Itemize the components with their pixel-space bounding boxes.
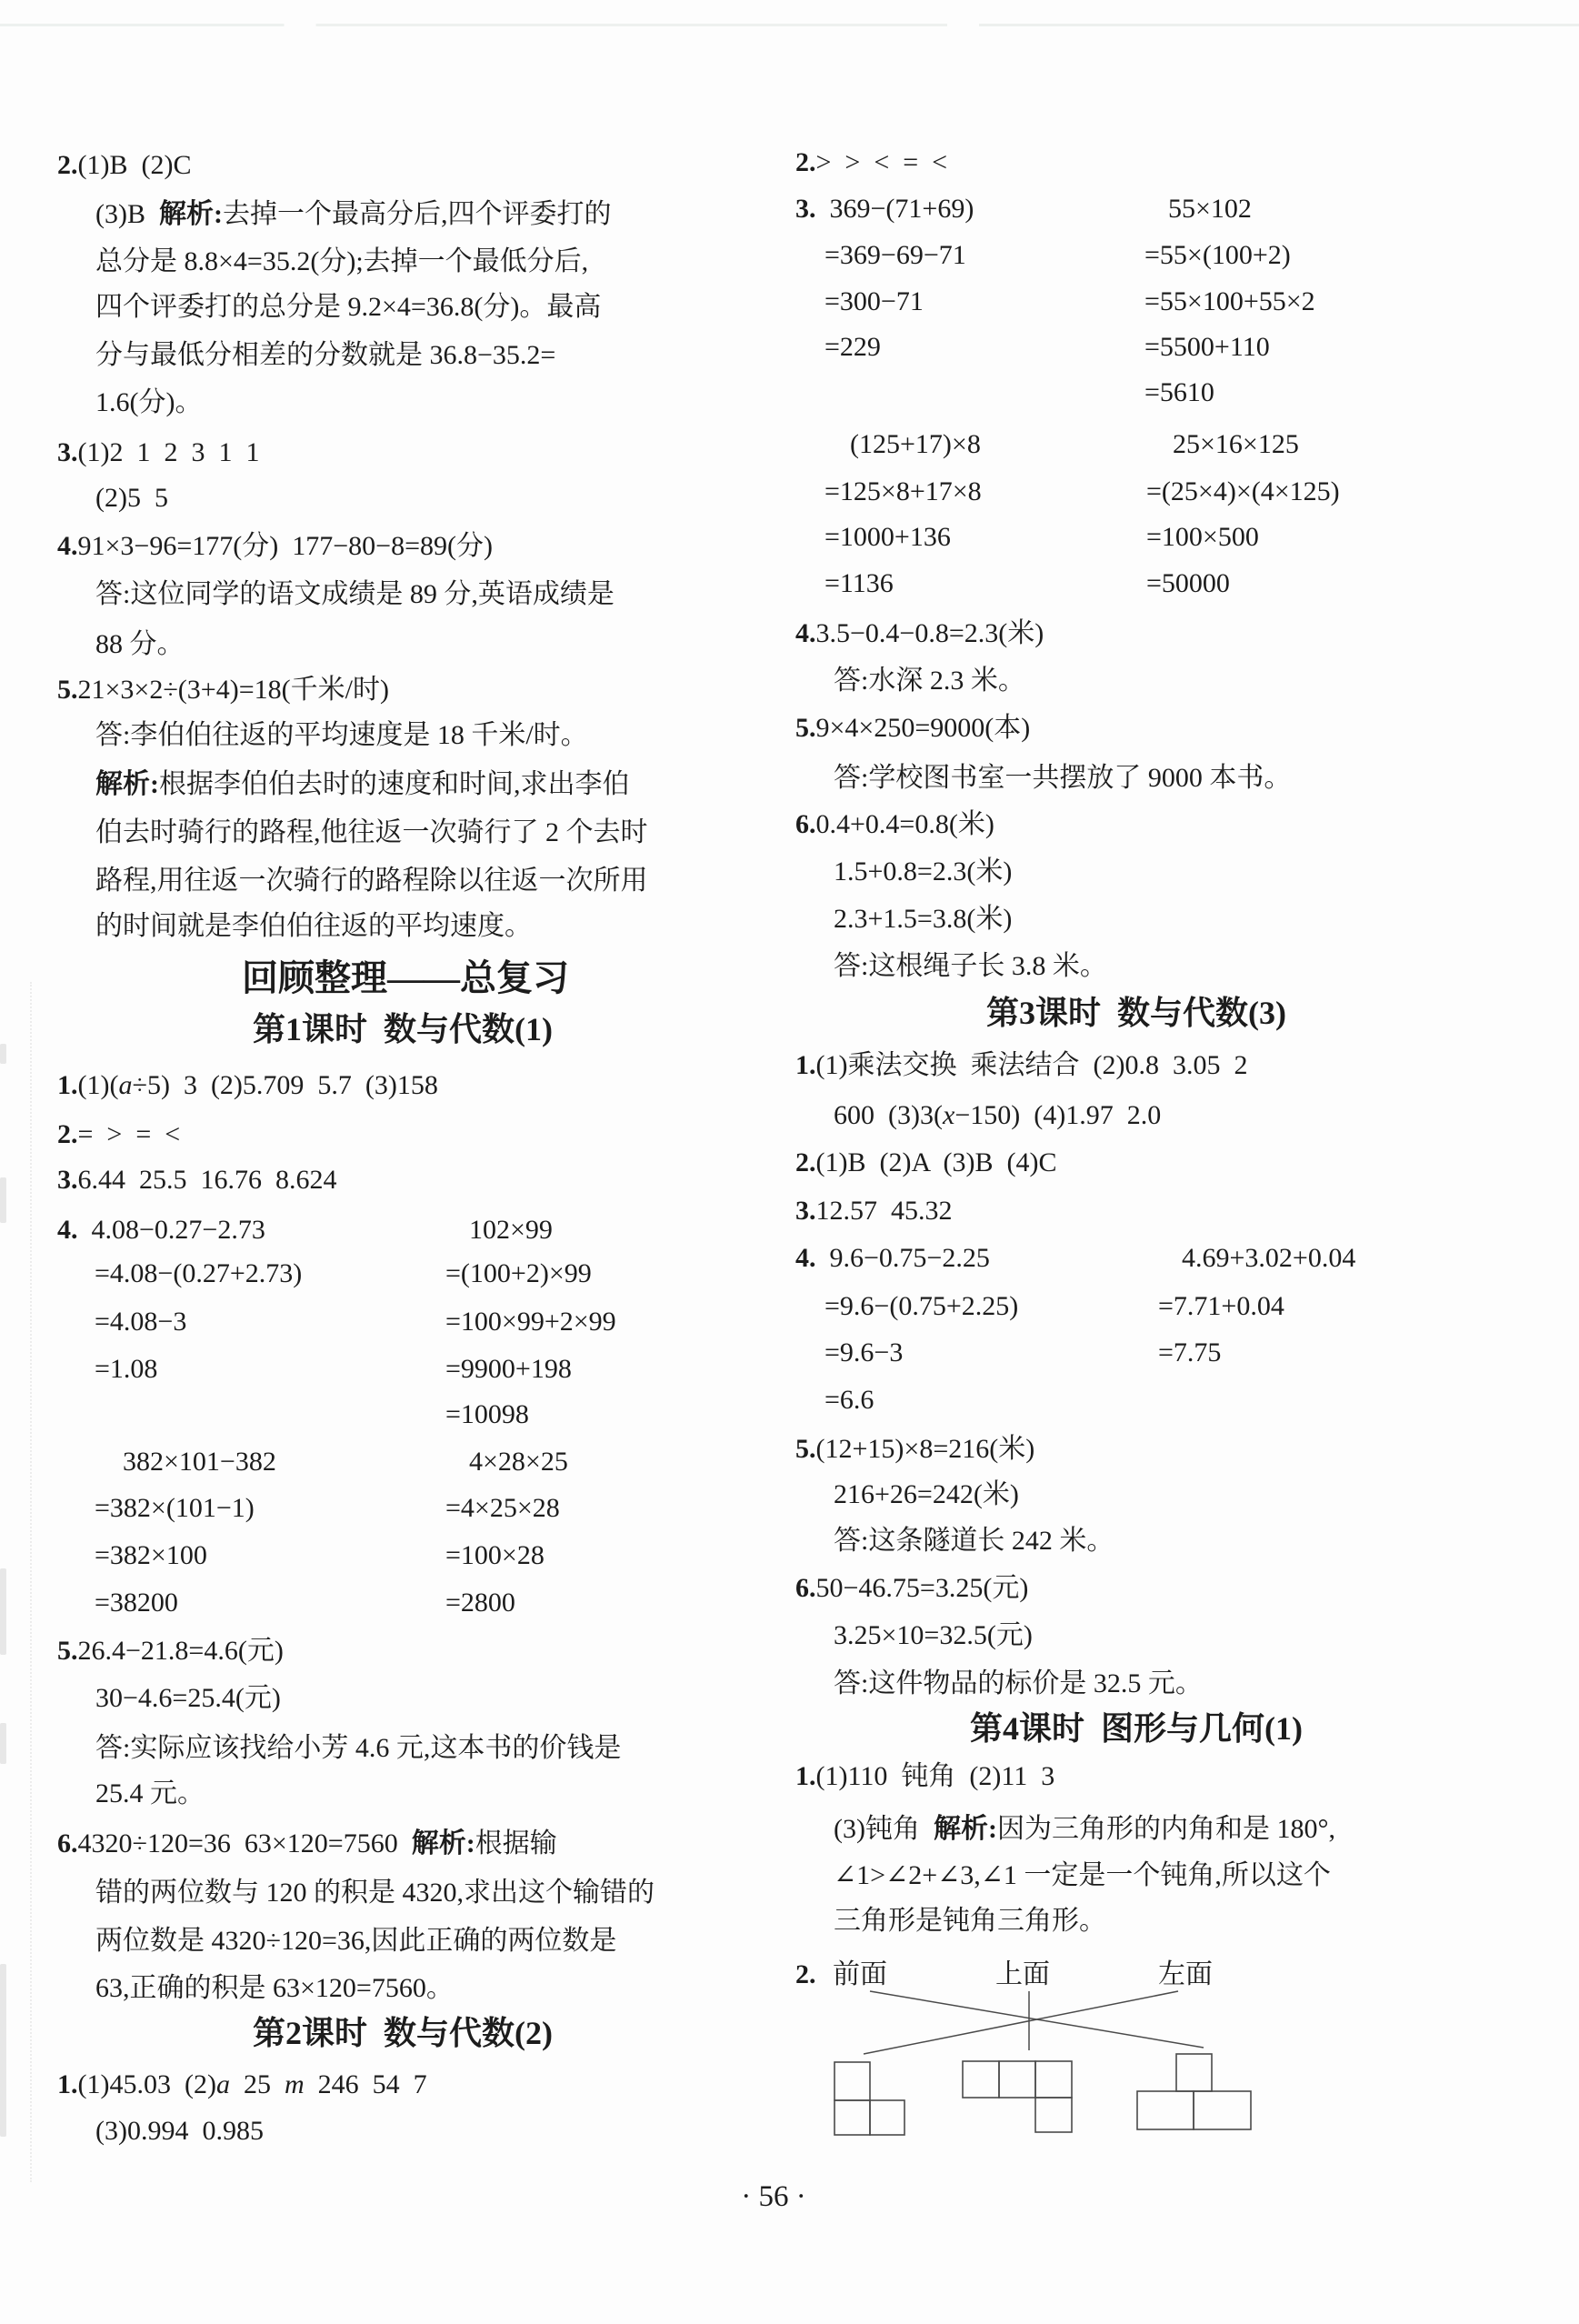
emphasis-text: 解析: <box>934 1814 997 1844</box>
text-line: 1.5+0.8=2.3(米) <box>834 856 1012 888</box>
text: 369−(71+69) <box>816 194 974 224</box>
text-line: 3.6.44 25.5 16.76 8.624 <box>57 1165 337 1197</box>
text: 3.5−0.4−0.8=2.3(米) <box>816 618 1044 648</box>
right-shape <box>1137 2054 1251 2129</box>
emphasis-text: 4. <box>57 531 78 561</box>
emphasis-text: 第3课时 数与代数(3) <box>986 995 1286 1031</box>
text: 63,正确的积是 63×120=7560。 <box>95 1973 454 2003</box>
text-line: =9.6−(0.75+2.25) <box>824 1291 1018 1323</box>
text-line: 3.25×10=32.5(元) <box>834 1620 1033 1652</box>
text: 答:李伯伯往返的平均速度是 18 千米/时。 <box>95 720 588 750</box>
text-line: 4.91×3−96=177(分) 177−80−8=89(分) <box>57 531 493 563</box>
text-line: 4×28×25 <box>469 1447 568 1478</box>
text: 382×101−382 <box>123 1447 276 1477</box>
text: =7.75 <box>1158 1337 1221 1367</box>
text-line: 5.21×3×2÷(3+4)=18(千米/时) <box>57 675 389 706</box>
emphasis-text: 1. <box>57 2069 78 2099</box>
text-line: =6.6 <box>824 1385 874 1417</box>
text: 0.4+0.4=0.8(米) <box>816 809 994 839</box>
text: =9.6−(0.75+2.25) <box>824 1291 1018 1321</box>
emphasis-text: 回顾整理——总复习 <box>242 957 569 998</box>
emphasis-text: 2. <box>57 150 78 180</box>
text: 四个评委打的总分是 9.2×4=36.8(分)。最高 <box>95 292 601 322</box>
text-line: 答:李伯伯往返的平均速度是 18 千米/时。 <box>95 720 588 752</box>
text-line: 25.4 元。 <box>95 1778 205 1810</box>
text: =55×100+55×2 <box>1144 286 1315 316</box>
text: 4.08−0.27−2.73 <box>78 1215 265 1245</box>
text: =369−69−71 <box>824 240 966 270</box>
text-line: 3.(1)2 1 2 3 1 1 <box>57 437 259 469</box>
text-line: =382×100 <box>95 1540 207 1572</box>
text: 50−46.75=3.25(元) <box>816 1573 1029 1603</box>
text: x <box>943 1100 954 1130</box>
text: (1)45.03 (2) <box>78 2069 216 2099</box>
text: 答:水深 2.3 米。 <box>834 666 1025 696</box>
text: 三角形是钝角三角形。 <box>834 1906 1106 1936</box>
text: −150) (4)1.97 2.0 <box>954 1100 1161 1130</box>
emphasis-text: 6. <box>795 1573 816 1603</box>
text: 25.4 元。 <box>95 1778 205 1808</box>
text: 102×99 <box>469 1215 553 1245</box>
text: =1.08 <box>95 1354 157 1384</box>
text: =4.08−3 <box>95 1307 186 1337</box>
emphasis-text: 3. <box>57 437 78 467</box>
text: =382×100 <box>95 1540 207 1570</box>
text-line: 6.4320÷120=36 63×120=7560 解析:根据输 <box>57 1828 557 1860</box>
text: 4.69+3.02+0.04 <box>1182 1243 1355 1273</box>
text-line: 1.(1)乘法交换 乘法结合 (2)0.8 3.05 2 <box>795 1050 1247 1082</box>
text: =2800 <box>445 1588 515 1618</box>
text-line: =9.6−3 <box>824 1337 903 1369</box>
text-line: 1.(1)110 钝角 (2)11 3 <box>795 1761 1054 1793</box>
emphasis-text: 2. <box>795 147 816 177</box>
text: 1.6(分)。 <box>95 387 202 417</box>
text: =229 <box>824 332 881 362</box>
margin-dotted-line <box>30 982 32 2182</box>
text-line: 答:这位同学的语文成绩是 89 分,英语成绩是 <box>95 579 615 611</box>
three-views-svg: 2. 前面 上面 左面 <box>795 1946 1304 2150</box>
text-line: =4×25×28 <box>445 1493 560 1525</box>
text: = > = < <box>78 1119 181 1149</box>
text-line: 两位数是 4320÷120=36,因此正确的两位数是 <box>95 1926 616 1958</box>
lesson-heading: 第4课时 图形与几何(1) <box>970 1710 1303 1748</box>
text: (1)2 1 2 3 1 1 <box>78 437 260 467</box>
text-line: ∠1>∠2+∠3,∠1 一定是一个钝角,所以这个 <box>834 1860 1331 1892</box>
text-line: 三角形是钝角三角形。 <box>834 1906 1106 1938</box>
text-line: =1136 <box>824 568 894 600</box>
text-line: 答:这件物品的标价是 32.5 元。 <box>834 1668 1203 1700</box>
text-line: 路程,用往返一次骑行的路程除以往返一次所用 <box>95 866 648 897</box>
text-line: 3. 369−(71+69) <box>795 194 974 225</box>
text: 两位数是 4320÷120=36,因此正确的两位数是 <box>95 1926 616 1956</box>
text-line: 答:学校图书室一共摆放了 9000 本书。 <box>834 763 1291 795</box>
text-line: 55×102 <box>1168 194 1252 225</box>
text: =4.08−(0.27+2.73) <box>95 1258 302 1288</box>
text: ∠1>∠2+∠3,∠1 一定是一个钝角,所以这个 <box>834 1860 1331 1890</box>
text-line: =1.08 <box>95 1354 157 1386</box>
text-line: =(25×4)×(4×125) <box>1146 476 1340 508</box>
text: =(100+2)×99 <box>445 1258 592 1288</box>
text-line: =100×500 <box>1146 522 1259 554</box>
text: 答:实际应该找给小芳 4.6 元,这本书的价钱是 <box>95 1733 621 1763</box>
text: 4×28×25 <box>469 1447 568 1477</box>
emphasis-text: 第4课时 图形与几何(1) <box>970 1710 1303 1747</box>
text: 分与最低分相差的分数就是 36.8−35.2= <box>95 340 555 370</box>
middle-shape <box>963 2061 1072 2132</box>
text: 2.3+1.5=3.8(米) <box>834 904 1012 934</box>
text-line: =2800 <box>445 1588 515 1619</box>
left-shape <box>834 2062 904 2135</box>
text-line: 88 分。 <box>95 629 185 661</box>
text-line: 4. 9.6−0.75−2.25 <box>795 1243 990 1275</box>
text: 88 分。 <box>95 629 185 659</box>
problem-number: 2. <box>795 1959 816 1989</box>
text-line: 63,正确的积是 63×120=7560。 <box>95 1973 454 2005</box>
text: 3.25×10=32.5(元) <box>834 1620 1033 1650</box>
text: 答:这件物品的标价是 32.5 元。 <box>834 1668 1203 1698</box>
workbook-answer-page: 2.(1)B (2)C(3)B 解析:去掉一个最高分后,四个评委打的总分是 8.… <box>0 0 1579 2324</box>
emphasis-text: 5. <box>795 713 816 743</box>
text-line: 分与最低分相差的分数就是 36.8−35.2= <box>95 340 555 372</box>
emphasis-text: 1. <box>795 1050 816 1080</box>
text: =9900+198 <box>445 1354 572 1384</box>
text-line: =(100+2)×99 <box>445 1258 592 1290</box>
text: (1)110 钝角 (2)11 3 <box>816 1761 1055 1791</box>
scan-artifact <box>0 1044 6 1064</box>
text-line: =5500+110 <box>1144 332 1270 364</box>
text: m <box>285 2069 305 2099</box>
text: =1136 <box>824 568 894 598</box>
text: 600 (3)3( <box>834 1100 943 1130</box>
text-line: =7.71+0.04 <box>1158 1291 1284 1323</box>
text-line: =5610 <box>1144 377 1214 409</box>
text-line: =369−69−71 <box>824 240 966 272</box>
text-line: =125×8+17×8 <box>824 476 982 508</box>
text-line: 2.(1)B (2)A (3)B (4)C <box>795 1147 1056 1179</box>
text-line: 102×99 <box>469 1215 553 1247</box>
text-line: 3.12.57 45.32 <box>795 1196 953 1227</box>
text: > > < = < <box>816 147 948 177</box>
scan-artifact <box>0 1568 6 1655</box>
text-line: 2.3+1.5=3.8(米) <box>834 904 1012 936</box>
text: 55×102 <box>1168 194 1252 224</box>
emphasis-text: 第1课时 数与代数(1) <box>253 1011 553 1047</box>
text: 25×16×125 <box>1173 429 1299 459</box>
text: =50000 <box>1146 568 1230 598</box>
emphasis-text: 3. <box>57 1165 78 1195</box>
text-line: (3)0.994 0.985 <box>95 2116 264 2148</box>
text: 91×3−96=177(分) 177−80−8=89(分) <box>78 531 493 561</box>
text: =1000+136 <box>824 522 951 552</box>
text: 12.57 45.32 <box>816 1196 953 1226</box>
emphasis-text: 解析: <box>95 769 159 799</box>
text: 26.4−21.8=4.6(元) <box>78 1636 284 1666</box>
emphasis-text: 6. <box>795 809 816 839</box>
text-line: 解析:根据李伯伯去时的速度和时间,求出李伯 <box>95 769 630 801</box>
text: 总分是 8.8×4=35.2(分);去掉一个最低分后, <box>95 246 588 276</box>
left-view-connector-line <box>864 1991 1178 2054</box>
text-line: 的时间就是李伯伯往返的平均速度。 <box>95 911 532 943</box>
text: 根据输 <box>475 1828 557 1858</box>
text: (1)B (2)A (3)B (4)C <box>816 1147 1057 1177</box>
text: =5610 <box>1144 377 1214 407</box>
emphasis-text: 3. <box>795 194 816 224</box>
text: =10098 <box>445 1399 529 1429</box>
emphasis-text: 6. <box>57 1828 78 1858</box>
text: =6.6 <box>824 1385 874 1415</box>
text-line: =9900+198 <box>445 1354 572 1386</box>
emphasis-text: 3. <box>795 1196 816 1226</box>
text: 6.44 25.5 16.76 8.624 <box>78 1165 337 1195</box>
text: ÷5) 3 (2)5.709 5.7 (3)158 <box>132 1070 437 1100</box>
text-line: 30−4.6=25.4(元) <box>95 1683 281 1715</box>
text: =38200 <box>95 1588 178 1618</box>
text: =100×500 <box>1146 522 1259 552</box>
text: =382×(101−1) <box>95 1493 255 1523</box>
text: =300−71 <box>824 286 924 316</box>
text-line: 1.6(分)。 <box>95 387 202 419</box>
text: =55×(100+2) <box>1144 240 1291 270</box>
text-line: =10098 <box>445 1399 529 1431</box>
text: 伯去时骑行的路程,他往返一次骑行了 2 个去时 <box>95 817 648 847</box>
text: =100×99+2×99 <box>445 1307 616 1337</box>
text: 根据李伯伯去时的速度和时间,求出李伯 <box>159 769 630 799</box>
text: =100×28 <box>445 1540 545 1570</box>
text-line: 382×101−382 <box>123 1447 276 1478</box>
text: (125+17)×8 <box>850 429 981 459</box>
section-title: 回顾整理——总复习 <box>242 957 569 999</box>
emphasis-text: 5. <box>795 1434 816 1464</box>
text: =9.6−3 <box>824 1337 903 1367</box>
emphasis-text: 1. <box>795 1761 816 1791</box>
text: (2)5 5 <box>95 483 168 513</box>
text-line: =100×28 <box>445 1540 545 1572</box>
scan-edge-line <box>0 24 1579 26</box>
emphasis-text: 1. <box>57 1070 78 1100</box>
text: (1)B (2)C <box>78 150 192 180</box>
text-line: 216+26=242(米) <box>834 1479 1019 1511</box>
text-line: 4.3.5−0.4−0.8=2.3(米) <box>795 618 1044 650</box>
text: a <box>118 1070 132 1100</box>
text: (3)钝角 <box>834 1814 934 1844</box>
scan-artifact <box>0 1177 6 1223</box>
emphasis-text: 4. <box>795 1243 816 1273</box>
text: 216+26=242(米) <box>834 1479 1019 1509</box>
text-line: =300−71 <box>824 286 924 318</box>
text: =5500+110 <box>1144 332 1270 362</box>
front-view-label: 前面 <box>833 1959 887 1989</box>
text: 25 <box>230 2069 285 2099</box>
text-line: 1.(1)(a÷5) 3 (2)5.709 5.7 (3)158 <box>57 1070 438 1102</box>
text-line: =1000+136 <box>824 522 951 554</box>
text: (1)( <box>78 1070 119 1100</box>
text-line: (3)钝角 解析:因为三角形的内角和是 180°, <box>834 1814 1335 1846</box>
text-line: 答:实际应该找给小芳 4.6 元,这本书的价钱是 <box>95 1733 621 1765</box>
emphasis-text: 2. <box>795 1147 816 1177</box>
text: (3)B <box>95 199 159 229</box>
text: (12+15)×8=216(米) <box>816 1434 1035 1464</box>
text-line: 4.69+3.02+0.04 <box>1182 1243 1355 1275</box>
text-line: 总分是 8.8×4=35.2(分);去掉一个最低分后, <box>95 246 588 278</box>
text-line: =55×100+55×2 <box>1144 286 1315 318</box>
text: 路程,用往返一次骑行的路程除以往返一次所用 <box>95 866 648 896</box>
text-line: =229 <box>824 332 881 364</box>
three-views-diagram: 2. 前面 上面 左面 <box>795 1946 1304 2155</box>
text-line: 600 (3)3(x−150) (4)1.97 2.0 <box>834 1100 1161 1132</box>
text: 答:这位同学的语文成绩是 89 分,英语成绩是 <box>95 579 615 609</box>
page-number: · 56 · <box>741 2180 805 2215</box>
text-line: 错的两位数与 120 的积是 4320,求出这个输错的 <box>95 1878 655 1909</box>
text: (3)0.994 0.985 <box>95 2116 264 2146</box>
text: 答:这根绳子长 3.8 米。 <box>834 951 1107 981</box>
text: 30−4.6=25.4(元) <box>95 1683 281 1713</box>
text: 答:学校图书室一共摆放了 9000 本书。 <box>834 763 1291 793</box>
text: =4×25×28 <box>445 1493 560 1523</box>
text: (1)乘法交换 乘法结合 (2)0.8 3.05 2 <box>816 1050 1248 1080</box>
text-line: =4.08−(0.27+2.73) <box>95 1258 302 1290</box>
emphasis-text: 2. <box>57 1119 78 1149</box>
text-line: =100×99+2×99 <box>445 1307 616 1338</box>
text-line: 2.= > = < <box>57 1119 180 1151</box>
text-line: 5.26.4−21.8=4.6(元) <box>57 1636 284 1668</box>
emphasis-text: 4. <box>795 618 816 648</box>
top-view-label: 上面 <box>995 1959 1050 1989</box>
text: =(25×4)×(4×125) <box>1146 476 1340 506</box>
emphasis-text: 第2课时 数与代数(2) <box>253 2015 553 2051</box>
text-line: =50000 <box>1146 568 1230 600</box>
text: 9×4×250=9000(本) <box>816 713 1031 743</box>
text: 答:这条隧道长 242 米。 <box>834 1526 1114 1556</box>
scan-artifact <box>0 1964 6 2137</box>
text: 去掉一个最高分后,四个评委打的 <box>223 199 612 229</box>
text-line: 5.(12+15)×8=216(米) <box>795 1434 1034 1466</box>
text-line: 4. 4.08−0.27−2.73 <box>57 1215 265 1247</box>
lesson-heading: 第3课时 数与代数(3) <box>986 995 1286 1032</box>
text-line: =382×(101−1) <box>95 1493 255 1525</box>
text-line: 伯去时骑行的路程,他往返一次骑行了 2 个去时 <box>95 817 648 849</box>
text: 246 54 7 <box>305 2069 427 2099</box>
text-line: 答:这根绳子长 3.8 米。 <box>834 951 1107 983</box>
emphasis-text: 解析: <box>412 1828 475 1858</box>
text-line: (2)5 5 <box>95 483 168 515</box>
text: 4320÷120=36 63×120=7560 <box>78 1828 412 1858</box>
text-line: (3)B 解析:去掉一个最高分后,四个评委打的 <box>95 199 612 231</box>
text-line: 25×16×125 <box>1173 429 1299 461</box>
text-line: 6.50−46.75=3.25(元) <box>795 1573 1028 1605</box>
emphasis-text: 5. <box>57 675 78 705</box>
text: =7.71+0.04 <box>1158 1291 1284 1321</box>
text: =125×8+17×8 <box>824 476 982 506</box>
text-line: 2.(1)B (2)C <box>57 150 191 182</box>
text-line: =55×(100+2) <box>1144 240 1291 272</box>
emphasis-text: 5. <box>57 1636 78 1666</box>
text: 1.5+0.8=2.3(米) <box>834 856 1012 887</box>
text: a <box>216 2069 230 2099</box>
text: 因为三角形的内角和是 180°, <box>997 1814 1335 1844</box>
lesson-heading: 第1课时 数与代数(1) <box>253 1011 553 1048</box>
lesson-heading: 第2课时 数与代数(2) <box>253 2015 553 2052</box>
scan-artifact <box>0 1723 6 1764</box>
text-line: 答:这条隧道长 242 米。 <box>834 1526 1114 1558</box>
text-line: 5.9×4×250=9000(本) <box>795 713 1030 745</box>
text: 21×3×2÷(3+4)=18(千米/时) <box>78 675 389 705</box>
text: 错的两位数与 120 的积是 4320,求出这个输错的 <box>95 1878 655 1908</box>
text-line: 答:水深 2.3 米。 <box>834 666 1025 697</box>
text-line: =38200 <box>95 1588 178 1619</box>
text-line: 四个评委打的总分是 9.2×4=36.8(分)。最高 <box>95 292 601 324</box>
text-line: 6.0.4+0.4=0.8(米) <box>795 809 994 841</box>
text-line: =7.75 <box>1158 1337 1221 1369</box>
text-line: =4.08−3 <box>95 1307 186 1338</box>
emphasis-text: 解析: <box>159 199 223 229</box>
text: 9.6−0.75−2.25 <box>816 1243 990 1273</box>
text-line: 2.> > < = < <box>795 147 947 179</box>
text-line: 1.(1)45.03 (2)a 25 m 246 54 7 <box>57 2069 427 2101</box>
left-view-label: 左面 <box>1158 1959 1213 1989</box>
emphasis-text: 4. <box>57 1215 78 1245</box>
text: 的时间就是李伯伯往返的平均速度。 <box>95 911 532 941</box>
text-line: (125+17)×8 <box>850 429 981 461</box>
